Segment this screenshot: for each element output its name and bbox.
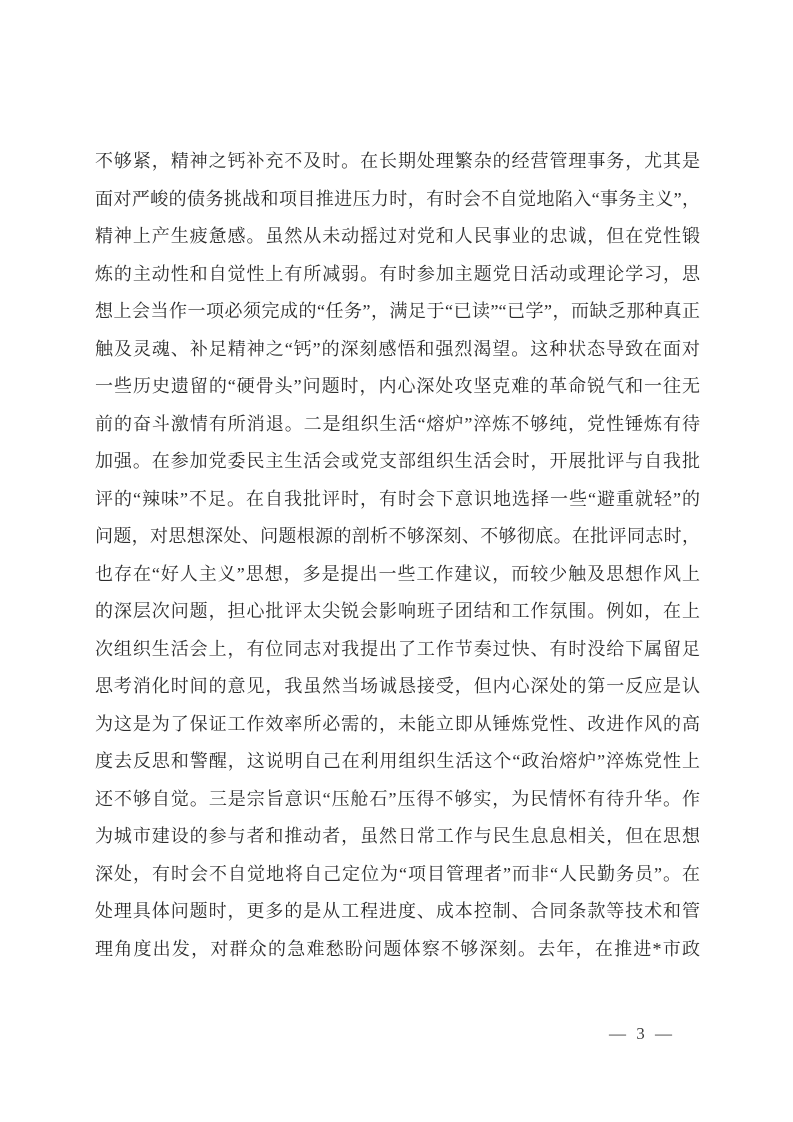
text-line: 不够紧，精神之钙补充不及时。在长期处理繁杂的经营管理事务，尤其是: [95, 143, 700, 181]
text-line: 深处，有时会不自觉地将自己定位为“项目管理者”而非“人民勤务员”。在: [95, 856, 700, 894]
text-line: 评的“辣味”不足。在自我批评时，有时会下意识地选择一些“避重就轻”的: [95, 481, 700, 519]
text-line: 处理具体问题时，更多的是从工程进度、成本控制、合同条款等技术和管: [95, 893, 700, 931]
text-line: 加强。在参加党委民主生活会或党支部组织生活会时，开展批评与自我批: [95, 443, 700, 481]
text-line: 精神上产生疲惫感。虽然从未动摇过对党和人民事业的忠诚，但在党性锻: [95, 218, 700, 256]
text-line: 度去反思和警醒，这说明自己在利用组织生活这个“政治熔炉”淬炼党性上: [95, 743, 700, 781]
document-body: 不够紧，精神之钙补充不及时。在长期处理繁杂的经营管理事务，尤其是面对严峻的债务挑…: [95, 143, 700, 968]
text-line: 思考消化时间的意见，我虽然当场诚恳接受，但内心深处的第一反应是认: [95, 668, 700, 706]
text-line: 也存在“好人主义”思想，多是提出一些工作建议，而较少触及思想作风上: [95, 556, 700, 594]
text-line: 炼的主动性和自觉性上有所减弱。有时参加主题党日活动或理论学习，思: [95, 256, 700, 294]
text-line: 理角度出发，对群众的急难愁盼问题体察不够深刻。去年，在推进*市政: [95, 931, 700, 969]
text-line: 的深层次问题，担心批评太尖锐会影响班子团结和工作氛围。例如，在上: [95, 593, 700, 631]
text-line: 为城市建设的参与者和推动者，虽然日常工作与民生息息相关，但在思想: [95, 818, 700, 856]
text-line: 为这是为了保证工作效率所必需的，未能立即从锤炼党性、改进作风的高: [95, 706, 700, 744]
page-footer: — 3 —: [0, 1024, 793, 1044]
text-line: 次组织生活会上，有位同志对我提出了工作节奏过快、有时没给下属留足: [95, 631, 700, 669]
page-number: — 3 —: [609, 1024, 675, 1043]
document-page: 不够紧，精神之钙补充不及时。在长期处理繁杂的经营管理事务，尤其是面对严峻的债务挑…: [0, 0, 793, 1122]
text-line: 想上会当作一项必须完成的“任务”，满足于“已读”“已学”，而缺乏那种真正: [95, 293, 700, 331]
text-line: 问题，对思想深处、问题根源的剖析不够深刻、不够彻底。在批评同志时，: [95, 518, 700, 556]
text-line: 触及灵魂、补足精神之“钙”的深刻感悟和强烈渴望。这种状态导致在面对: [95, 331, 700, 369]
text-line: 面对严峻的债务挑战和项目推进压力时，有时会不自觉地陷入“事务主义”，: [95, 181, 700, 219]
text-line: 一些历史遗留的“硬骨头”问题时，内心深处攻坚克难的革命锐气和一往无: [95, 368, 700, 406]
text-line: 还不够自觉。三是宗旨意识“压舱石”压得不够实，为民情怀有待升华。作: [95, 781, 700, 819]
text-line: 前的奋斗激情有所消退。二是组织生活“熔炉”淬炼不够纯，党性锤炼有待: [95, 406, 700, 444]
